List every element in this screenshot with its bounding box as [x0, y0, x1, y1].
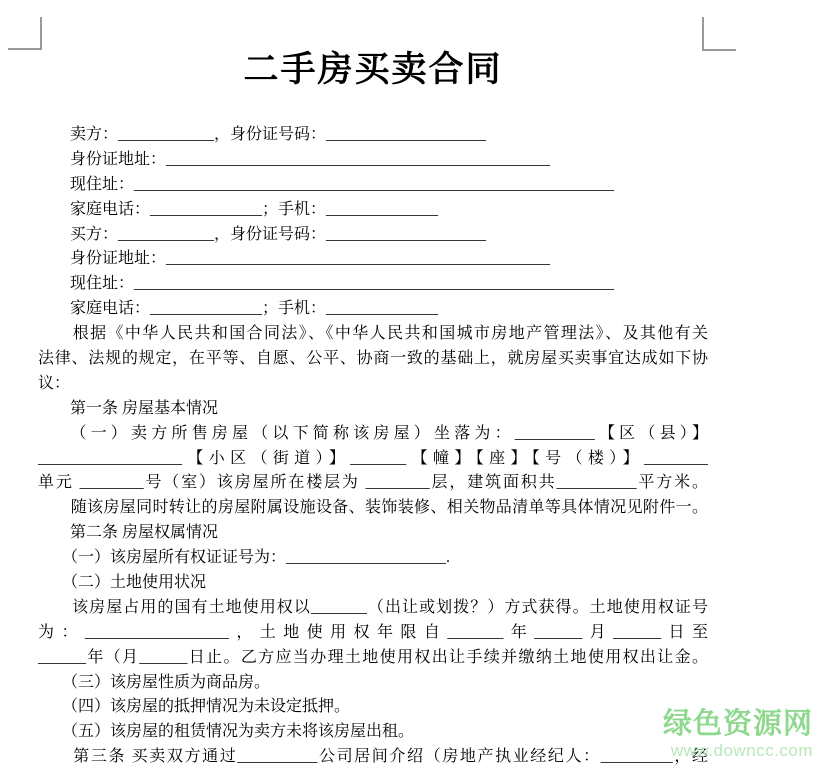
contract-line: （三）该房屋性质为商品房。: [38, 671, 708, 696]
contract-line: 为：__________________，土地使用权年限自_______年___…: [38, 621, 708, 646]
contract-line: 第三条 买卖双方通过__________公司居间介绍（房地产执业经纪人：____…: [38, 745, 708, 770]
watermark-site-url: www.downcc.com: [663, 742, 813, 759]
contract-line: （二）土地使用状况: [38, 571, 708, 596]
watermark: 绿色资源网 www.downcc.com: [663, 710, 813, 759]
contract-line: 随该房屋同时转让的房屋附属设施设备、装饰装修、相关物品清单等具体情况见附件一。: [38, 496, 708, 521]
contract-line: 卖方：____________，身份证号码：__________________…: [38, 123, 708, 148]
contract-line: ______年（月______日止。乙方应当办理土地使用权出让手续并缴纳土地使用…: [38, 646, 708, 671]
contract-line: 单元 ________号（室）该房屋所在楼层为 ________层，建筑面积共_…: [38, 471, 708, 496]
contract-line: 家庭电话：______________；手机：______________: [38, 198, 708, 223]
contract-line: 该房屋占用的国有土地使用权以_______（出让或划拨？）方式获得。土地使用权证…: [38, 596, 708, 621]
contract-line: 法律、法规的规定，在平等、自愿、公平、协商一致的基础上，就房屋买卖事宜达成如下协: [38, 347, 708, 372]
contract-line: 现住址：____________________________________…: [38, 272, 708, 297]
contract-body: 卖方：____________，身份证号码：__________________…: [38, 123, 708, 770]
contract-line: （一）该房屋所有权证证号为：____________________.: [38, 546, 708, 571]
document-title: 二手房买卖合同: [38, 46, 708, 94]
contract-line: 身份证地址：__________________________________…: [38, 148, 708, 173]
contract-line: （一）卖方所售房屋（以下简称该房屋）坐落为：__________【区（县）】: [38, 422, 708, 447]
contract-line: 第二条 房屋权属情况: [38, 521, 708, 546]
contract-line: 家庭电话：______________；手机：______________: [38, 297, 708, 322]
contract-line: __________________【小区（街道）】_______【幢】【座】【…: [38, 447, 708, 472]
contract-line: 第一条 房屋基本情况: [38, 397, 708, 422]
contract-line: 买方：____________，身份证号码：__________________…: [38, 223, 708, 248]
contract-line: 身份证地址：__________________________________…: [38, 247, 708, 272]
contract-line: 根据《中华人民共和国合同法》、《中华人民共和国城市房地产管理法》、及其他有关: [38, 322, 708, 347]
contract-line: 议：: [38, 372, 708, 397]
contract-line: 现住址：____________________________________…: [38, 173, 708, 198]
watermark-site-name: 绿色资源网: [663, 710, 813, 739]
contract-line: （四）该房屋的抵押情况为未设定抵押。: [38, 695, 708, 720]
contract-line: （五）该房屋的租赁情况为卖方未将该房屋出租。: [38, 720, 708, 745]
margin-crop-mark-left: [8, 17, 42, 50]
